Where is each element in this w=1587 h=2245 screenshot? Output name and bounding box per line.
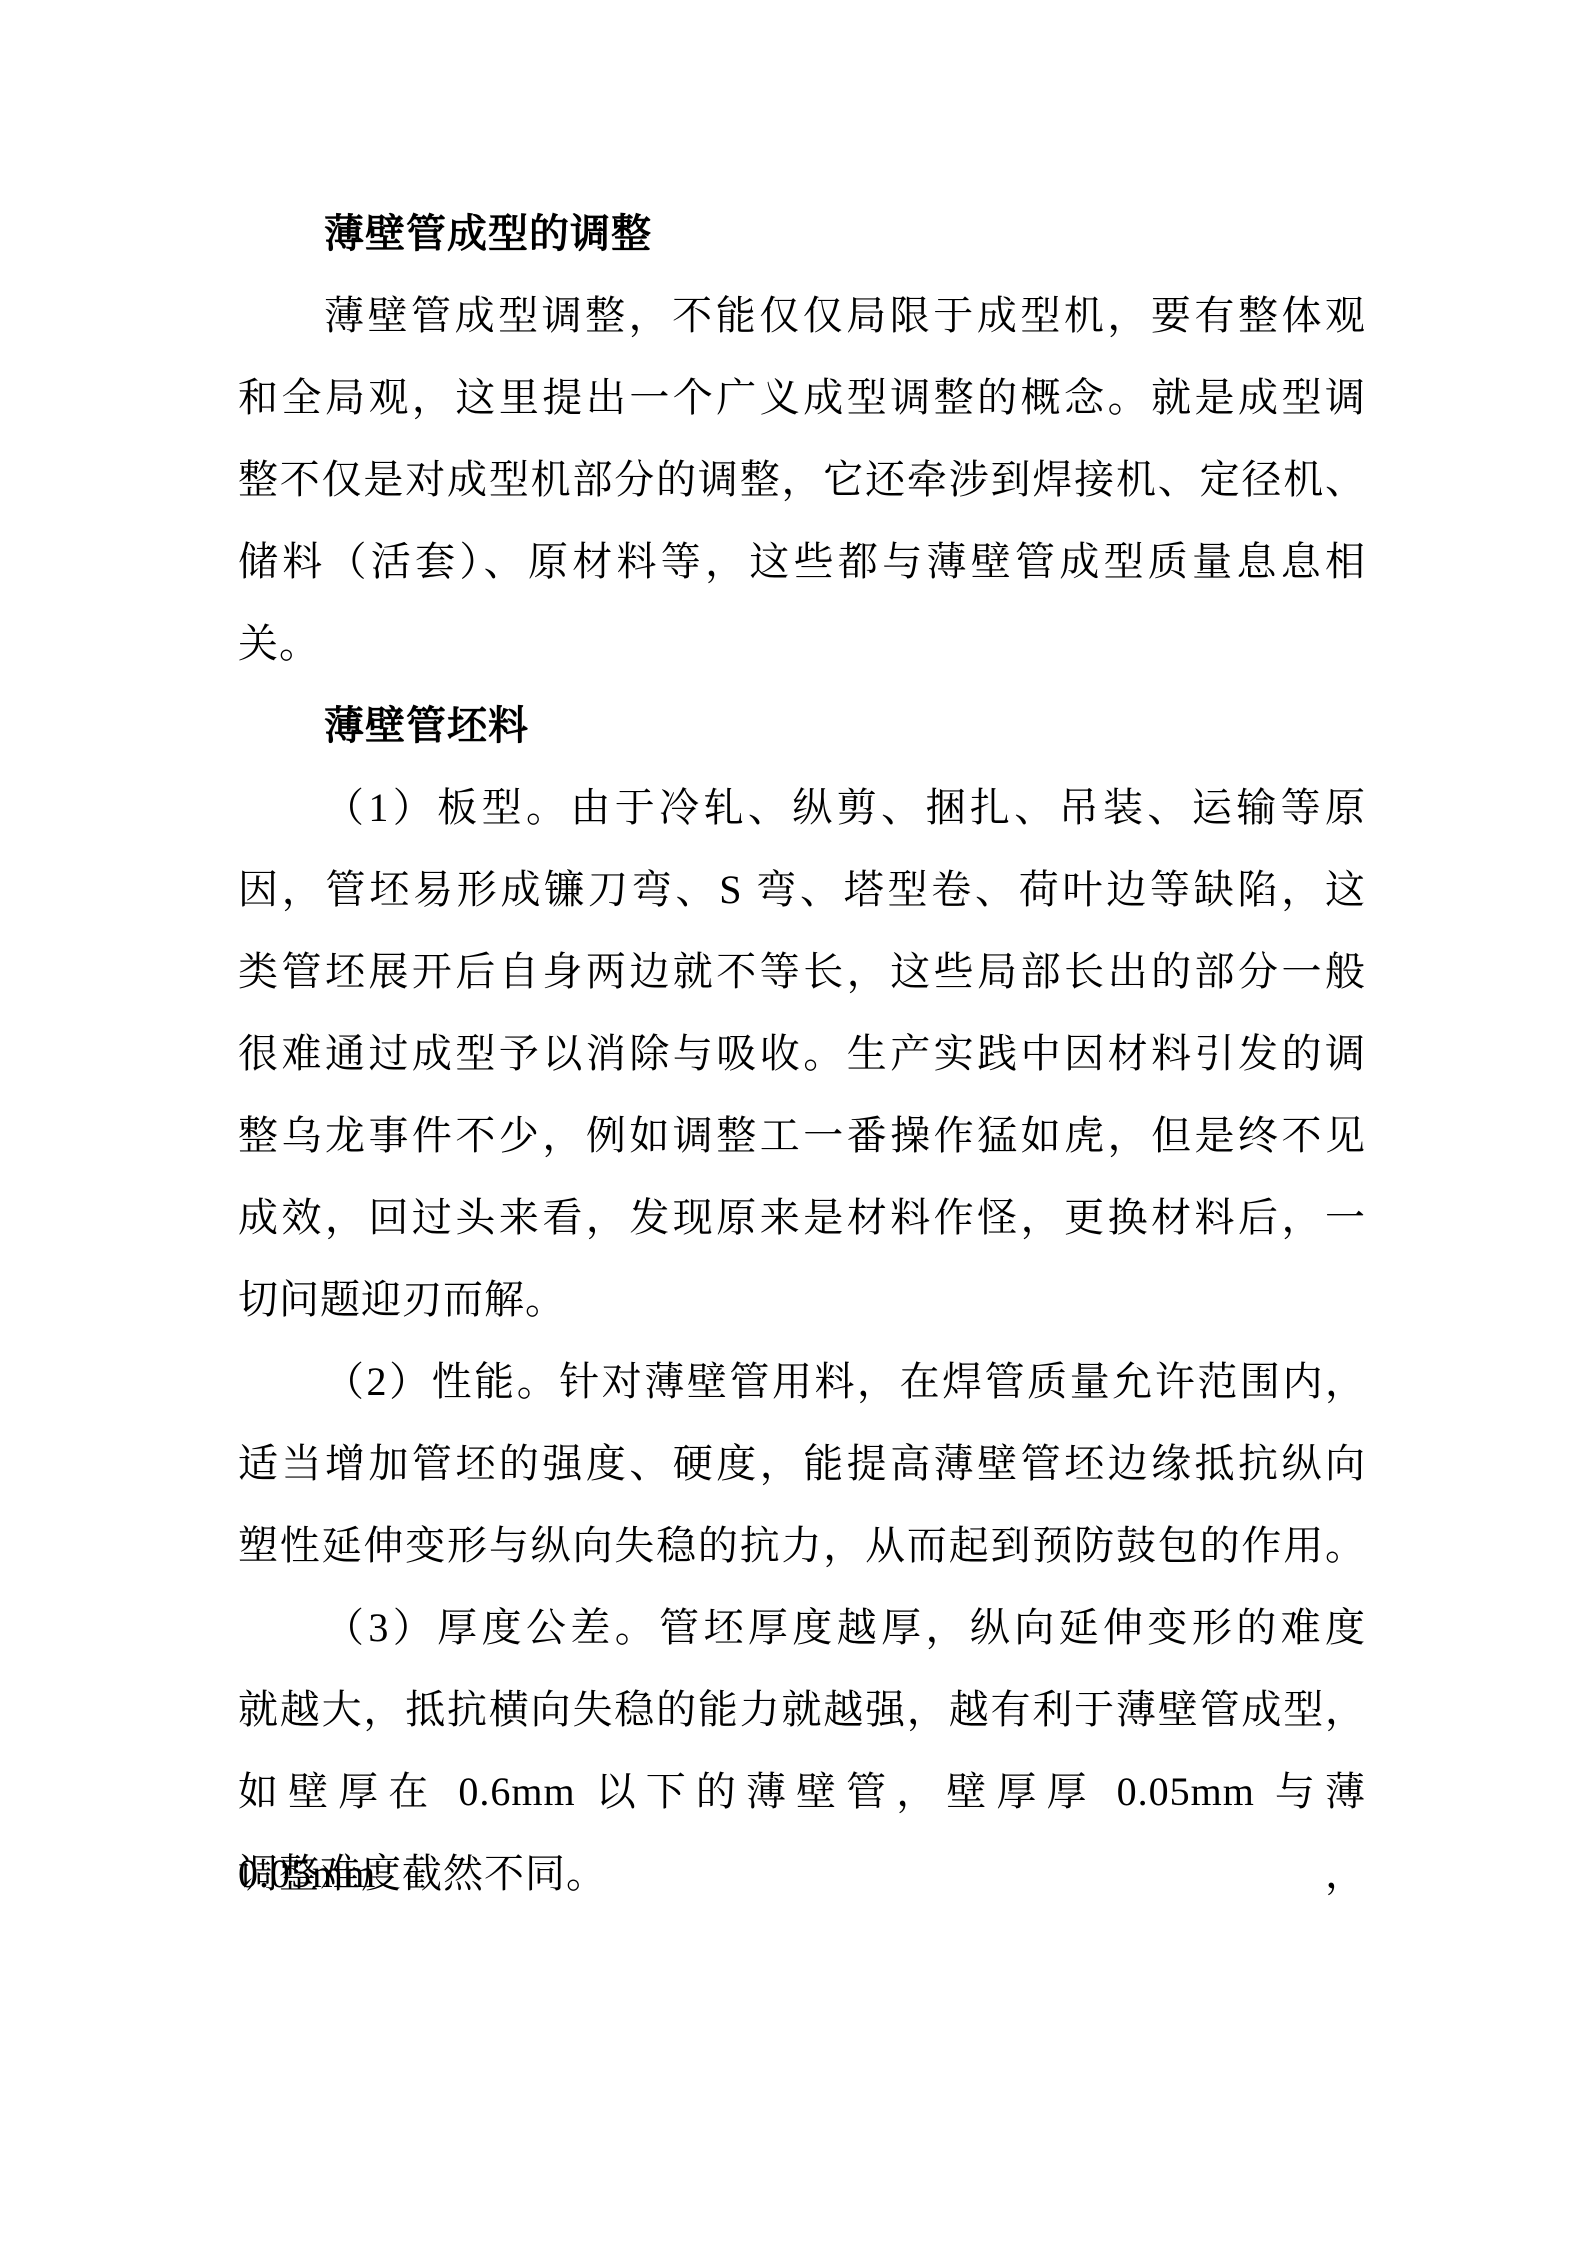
document-page: 薄壁管成型的调整薄壁管成型调整，不能仅仅局限于成型机，要有整体观和全局观，这里提… — [0, 0, 1587, 2245]
paragraph-line: （3）厚度公差。管坯厚度越厚，纵向延伸变形的难度 — [238, 1587, 1366, 1669]
paragraph-line: 很难通过成型予以消除与吸收。生产实践中因材料引发的调 — [238, 1013, 1366, 1095]
paragraph-line: 成效，回过头来看，发现原来是材料作怪，更换材料后，一 — [238, 1177, 1366, 1259]
document-content: 薄壁管成型的调整薄壁管成型调整，不能仅仅局限于成型机，要有整体观和全局观，这里提… — [238, 193, 1366, 1915]
paragraph-line: （1）板型。由于冷轧、纵剪、捆扎、吊装、运输等原 — [238, 767, 1366, 849]
paragraph-line: 切问题迎刃而解。 — [238, 1259, 1366, 1341]
paragraph-line: 塑性延伸变形与纵向失稳的抗力，从而起到预防鼓包的作用。 — [238, 1505, 1366, 1587]
document-title: 薄壁管成型的调整 — [238, 193, 1366, 275]
paragraph-line: 类管坯展开后自身两边就不等长，这些局部长出的部分一般 — [238, 931, 1366, 1013]
paragraph-line: 就越大，抵抗横向失稳的能力就越强，越有利于薄壁管成型， — [238, 1669, 1366, 1751]
paragraph-line: 因，管坯易形成镰刀弯、S 弯、塔型卷、荷叶边等缺陷，这 — [238, 849, 1366, 931]
paragraph-line: 薄壁管成型调整，不能仅仅局限于成型机，要有整体观 — [238, 275, 1366, 357]
paragraph-line: 关。 — [238, 603, 1366, 685]
paragraph-line: 和全局观，这里提出一个广义成型调整的概念。就是成型调 — [238, 357, 1366, 439]
paragraph-line: 整不仅是对成型机部分的调整，它还牵涉到焊接机、定径机、 — [238, 439, 1366, 521]
paragraph-line: 整乌龙事件不少，例如调整工一番操作猛如虎，但是终不见 — [238, 1095, 1366, 1177]
paragraph-line: 如壁厚在 0.6mm 以下的薄壁管，壁厚厚 0.05mm 与薄 0.05mm， — [238, 1751, 1366, 1833]
paragraph-line: 适当增加管坯的强度、硬度，能提高薄壁管坯边缘抵抗纵向 — [238, 1423, 1366, 1505]
paragraph-line: （2）性能。针对薄壁管用料，在焊管质量允许范围内， — [238, 1341, 1366, 1423]
paragraph-line: 储料（活套）、原材料等，这些都与薄壁管成型质量息息相 — [238, 521, 1366, 603]
section-heading: 薄壁管坯料 — [238, 685, 1366, 767]
